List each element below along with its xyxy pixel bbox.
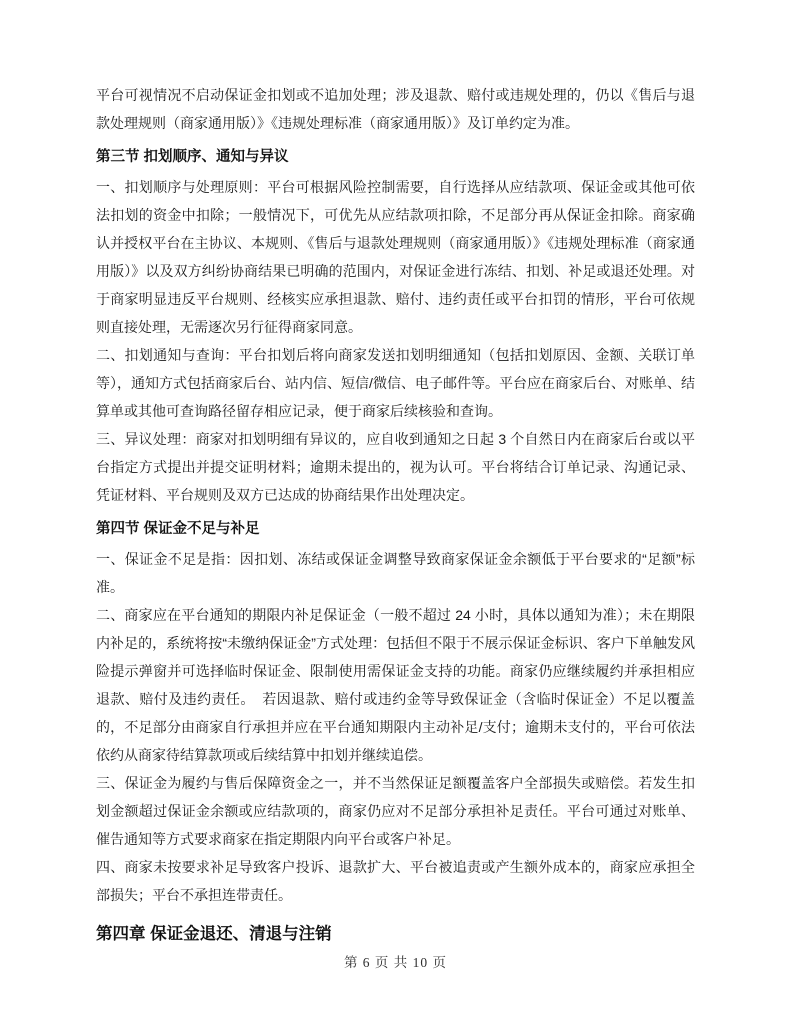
paragraph-merchant-liability: 四、商家未按要求补足导致客户投诉、退款扩大、平台被追责或产生额外成本的，商家应承… bbox=[96, 853, 695, 909]
paragraph-coverage-limit: 三、保证金为履约与售后保障资金之一，并不当然保证足额覆盖客户全部损失或赔偿。若发… bbox=[96, 769, 695, 853]
page-number: 第 6 页 共 10 页 bbox=[0, 953, 791, 973]
paragraph-deduction-notice: 二、扣划通知与查询：平台扣划后将向商家发送扣划明细通知（包括扣划原因、金额、关联… bbox=[96, 341, 695, 425]
paragraph-replenish-deadline: 二、商家应在平台通知的期限内补足保证金（一般不超过 24 小时，具体以通知为准）… bbox=[96, 601, 695, 769]
paragraph-deduction-order: 一、扣划顺序与处理原则：平台可根据风险控制需要，自行选择从应结款项、保证金或其他… bbox=[96, 173, 695, 341]
paragraph-objection-handling: 三、异议处理：商家对扣划明细有异议的，应自收到通知之日起 3 个自然日内在商家后… bbox=[96, 425, 695, 509]
document-page: 平台可视情况不启动保证金扣划或不追加处理；涉及退款、赔付或违规处理的，仍以《售后… bbox=[0, 0, 791, 1024]
paragraph-shortfall-definition: 一、保证金不足是指：因扣划、冻结或保证金调整导致商家保证金余额低于平台要求的“足… bbox=[96, 545, 695, 601]
heading-chapter-4: 第四章 保证金退还、清退与注销 bbox=[96, 919, 695, 949]
heading-section-3: 第三节 扣划顺序、通知与异议 bbox=[96, 143, 695, 171]
paragraph-carryover: 平台可视情况不启动保证金扣划或不追加处理；涉及退款、赔付或违规处理的，仍以《售后… bbox=[96, 81, 695, 137]
heading-section-4: 第四节 保证金不足与补足 bbox=[96, 515, 695, 543]
